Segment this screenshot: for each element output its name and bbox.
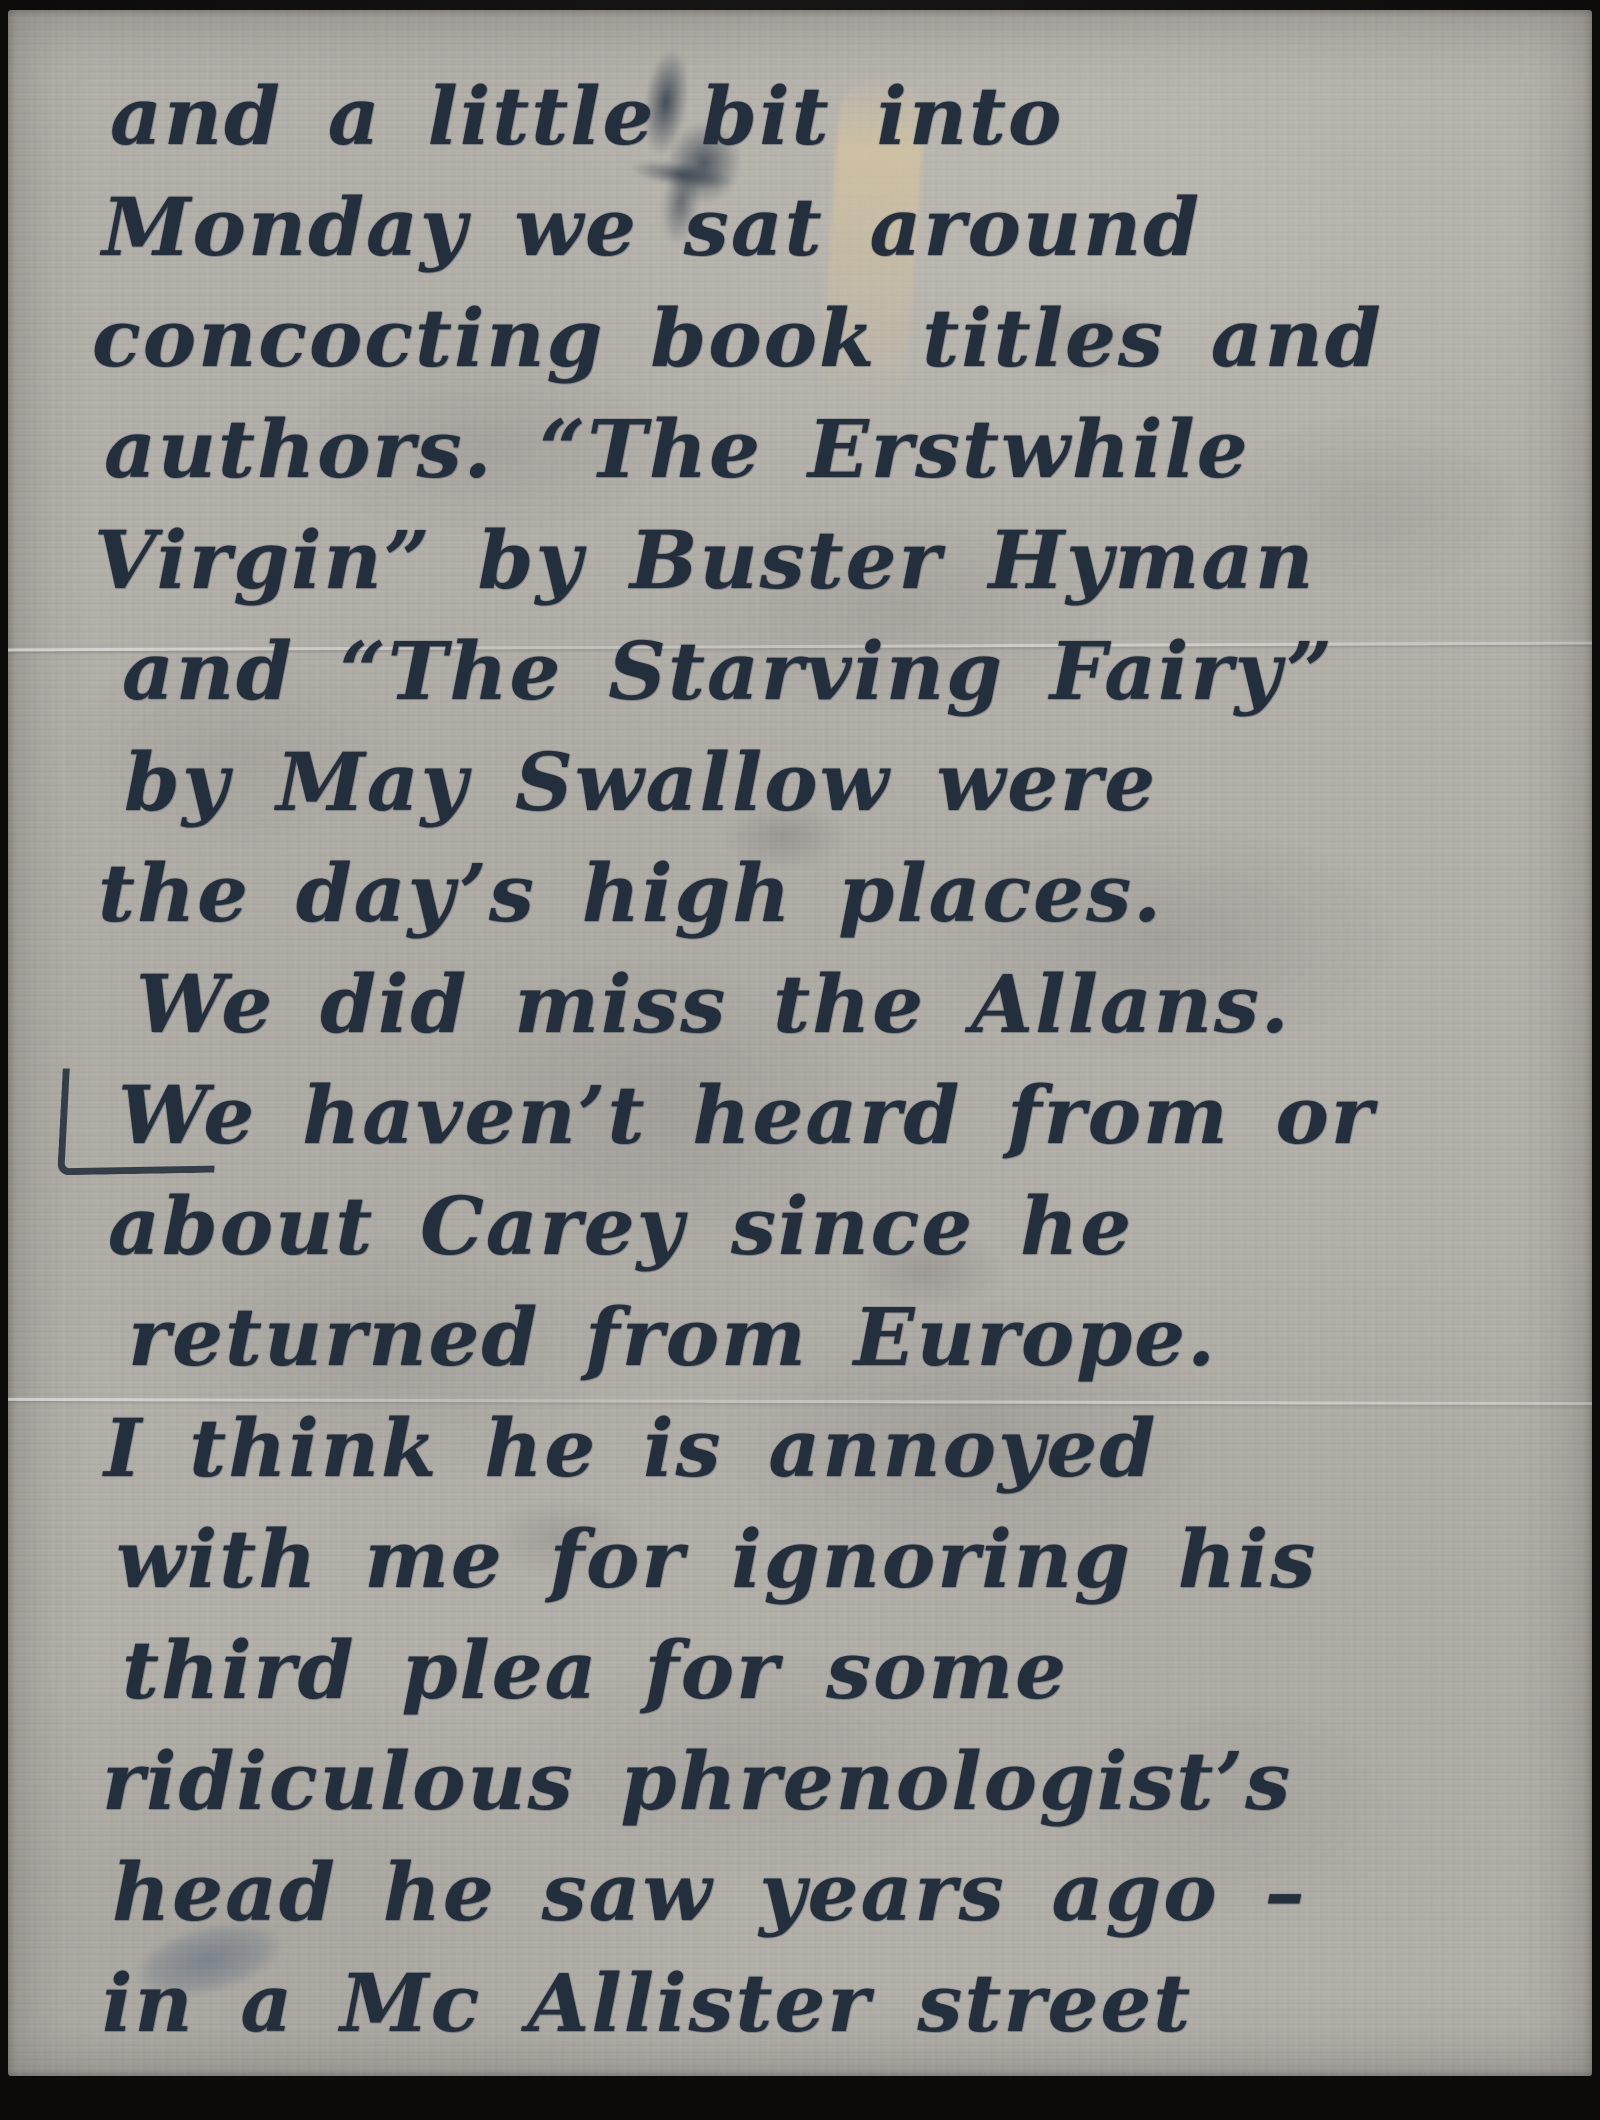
letter-line: Virgin” by Buster Hyman [88,504,1562,615]
letter-line: in a Mc Allister street [88,1947,1562,2058]
letter-line: We did miss the Allans. [88,948,1562,1059]
letter-line-text: ridiculous phrenologist’s [102,1734,1292,1828]
letter-line-text: and a little bit into [110,69,1063,163]
letter-line-text: Monday we sat around [102,180,1201,274]
letter-line-text: the day’s high places. [98,846,1163,940]
letter-line-text: third plea for some [122,1623,1068,1717]
letter-line: ridiculous phrenologist’s [88,1725,1562,1836]
letter-line: the day’s high places. [88,837,1562,948]
letter-line-text: authors. “The Erstwhile [104,402,1250,496]
letter-line-text: Virgin” by Buster Hyman [94,513,1315,607]
scan-background: and a little bit intoMonday we sat aroun… [0,0,1600,2120]
letter-line-text: in a Mc Allister street [102,1956,1192,2050]
letter-line-text: with me for ignoring his [116,1512,1317,1606]
letter-line: third plea for some [88,1614,1562,1725]
letter-line-text: by May Swallow were [124,735,1157,829]
letter-line: I think he is annoyed [88,1392,1562,1503]
letter-line-text: We haven’t heard from or [118,1068,1375,1162]
letter-line-text: I think he is annoyed [104,1401,1157,1495]
letter-body: and a little bit intoMonday we sat aroun… [8,10,1592,2076]
letter-line-text: concocting book titles and [92,291,1383,385]
letter-line: by May Swallow were [88,726,1562,837]
letter-page: and a little bit intoMonday we sat aroun… [8,10,1592,2076]
letter-line-text: head he saw years ago – [112,1845,1306,1939]
letter-line: head he saw years ago – [88,1836,1562,1947]
letter-line: We haven’t heard from or [88,1059,1562,1170]
letter-line-text: returned from Europe. [128,1290,1217,1384]
letter-line: with me for ignoring his [88,1503,1562,1614]
letter-line-text: and “The Starving Fairy” [122,624,1334,718]
letter-line: and a little bit into [88,60,1562,171]
letter-line: Monday we sat around [88,171,1562,282]
letter-line: and “The Starving Fairy” [88,615,1562,726]
letter-line-text: about Carey since he [108,1179,1133,1273]
letter-line-text: We did miss the Allans. [136,957,1291,1051]
letter-line: authors. “The Erstwhile [88,393,1562,504]
letter-line: about Carey since he [88,1170,1562,1281]
letter-line: concocting book titles and [88,282,1562,393]
letter-line: returned from Europe. [88,1281,1562,1392]
